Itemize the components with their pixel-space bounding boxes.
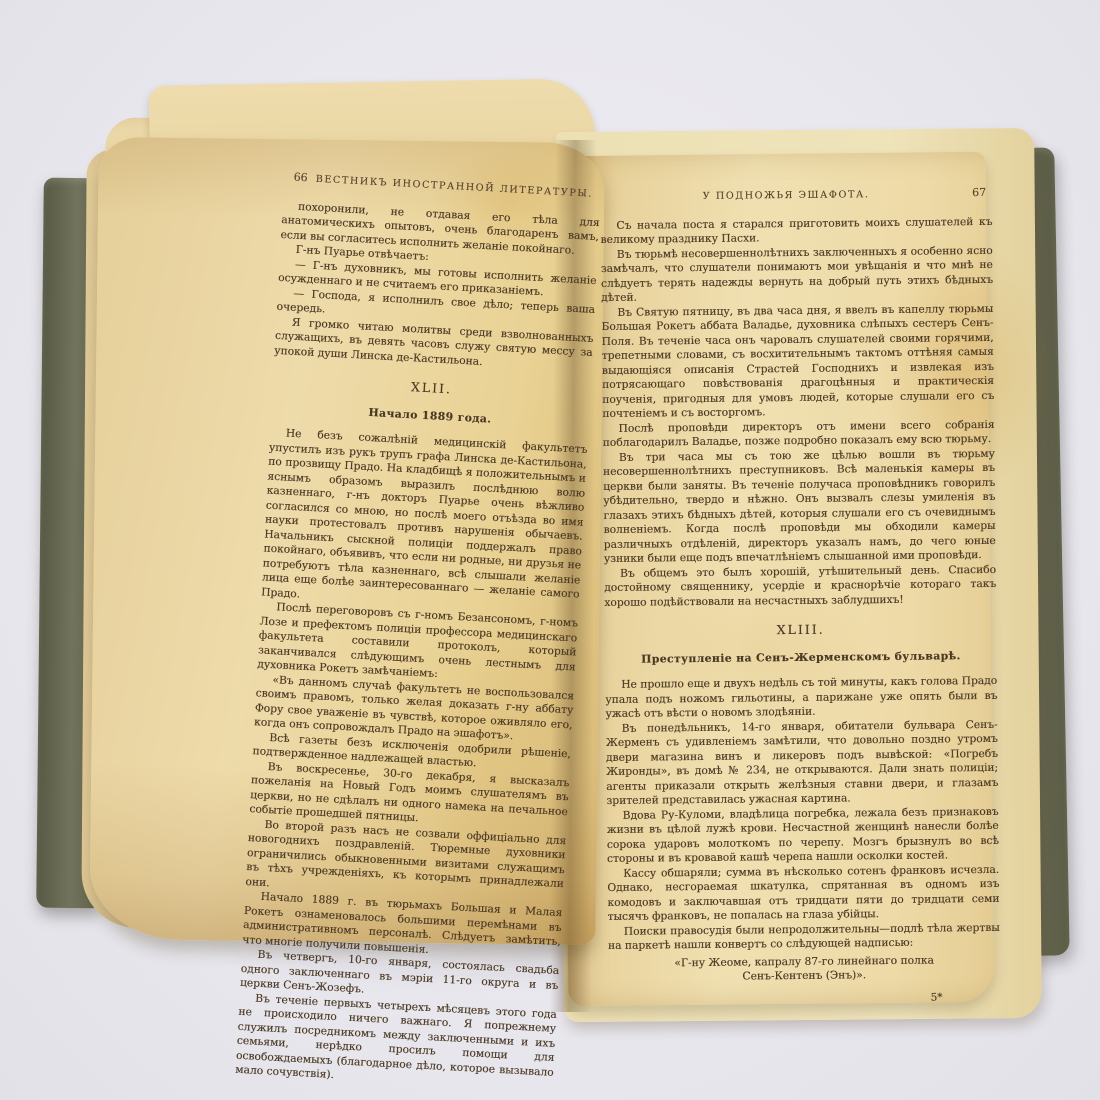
paragraph: Съ начала поста я старался приготовить м…	[600, 214, 992, 247]
paragraph: Кассу обшаряли; сумма въ нѣсколько сотен…	[607, 862, 1000, 924]
book-photo-scene: 66 ВЕСТНИКЪ ИНОСТРАННОЙ ЛИТЕРАТУРЫ. похо…	[0, 0, 1100, 1100]
envelope-line: Сенъ-Кентенъ (Энъ)».	[608, 967, 1000, 986]
right-page-number: 67	[972, 186, 986, 201]
paragraph: Не прошло еще и двухъ недѣль съ той мину…	[605, 674, 997, 722]
paragraph: Не безъ сожалѣній медицинскій факультетъ…	[261, 426, 588, 617]
right-running-header: У ПОДНОЖЬЯ ЭШАФОТА.	[600, 187, 972, 205]
paragraph: Послѣ проповѣди директоръ отъ имени всег…	[602, 417, 994, 450]
paragraph: Въ понедѣльникъ, 14-го января, обитатели…	[606, 717, 999, 808]
paragraph: Поиски правосудія были непродолжительны—…	[608, 920, 1000, 953]
chapter-title: Начало 1889 года.	[271, 400, 589, 432]
paragraph: Въ теченіе первыхъ четырехъ мѣсяцевъ это…	[235, 990, 557, 1094]
chapter-heading-xlii: XLII. Начало 1889 года.	[271, 373, 591, 432]
right-body-paragraphs: Не прошло еще и двухъ недѣль съ той мину…	[605, 674, 1000, 954]
left-page-number: 66	[293, 171, 308, 186]
paragraph: Въ три часа мы съ тою же цѣлью вошли въ …	[603, 446, 996, 566]
chapter-number: XLII.	[272, 373, 590, 405]
chapter-title: Преступленіе на Сенъ-Жерменскомъ бульвар…	[605, 648, 997, 667]
right-intro-paragraphs: Съ начала поста я старался приготовить м…	[600, 214, 996, 610]
right-page-text: У ПОДНОЖЬЯ ЭШАФОТА. 67 Съ начала поста я…	[600, 186, 1001, 1008]
left-body-paragraphs: Не безъ сожалѣній медицинскій факультетъ…	[235, 426, 588, 1095]
chapter-number: XLIII.	[605, 621, 997, 640]
envelope-address: «Г-ну Жеоме, капралу 87-го линейнаго пол…	[608, 952, 1000, 985]
paragraph: Въ общемъ это былъ хорошій, утѣшительный…	[604, 562, 996, 610]
right-running-header-row: У ПОДНОЖЬЯ ЭШАФОТА. 67	[600, 186, 992, 206]
paragraph: Въ Святую пятницу, въ два часа дня, я вв…	[601, 301, 994, 421]
left-page-text: 66 ВЕСТНИКЪ ИНОСТРАННОЙ ЛИТЕРАТУРЫ. похо…	[235, 170, 602, 1094]
paragraph: Вдова Ру-Куломи, владѣлица погребка, леж…	[606, 804, 999, 866]
paragraph: Въ тюрьмѣ несовершеннолѣтнихъ заключенны…	[601, 243, 994, 305]
chapter-heading-xliii: XLIII. Преступленіе на Сенъ-Жерменскомъ …	[605, 621, 997, 667]
left-intro-paragraphs: похоронили, не отдавая его тѣла для анат…	[274, 198, 600, 374]
